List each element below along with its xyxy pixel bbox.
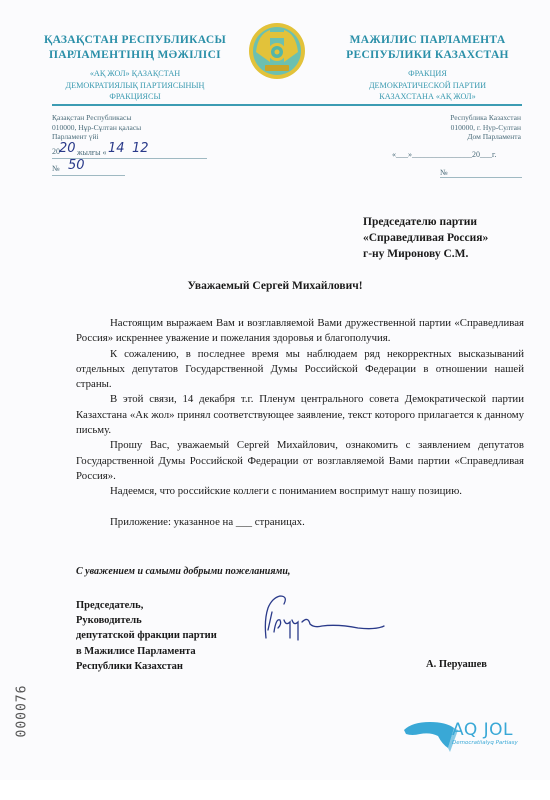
address-left-line-1: Қазақстан Республикасы (52, 113, 141, 123)
kazakhstan-emblem-icon (248, 22, 306, 80)
address-right-line-3: Дом Парламента (420, 132, 521, 142)
paragraph-4: Прошу Вас, уважаемый Сергей Михайлович, … (76, 438, 524, 484)
paragraph-2: К сожалению, в последнее время мы наблюд… (76, 347, 524, 393)
incoming-number-field: № (440, 168, 522, 178)
address-right-line-2: 010000, г. Нур-Султан (420, 123, 521, 133)
signer-title-line-5: Республики Казахстан (76, 659, 217, 674)
handwritten-number: 50 (68, 158, 85, 173)
aq-jol-logo: AQ JOL Democratiialyq Partiasy (402, 718, 532, 763)
addressee-line-3: г-ну Миронову С.М. (363, 246, 488, 262)
paragraph-5: Надеемся, что российские коллеги с поним… (76, 484, 524, 499)
header-left-sub-1: «АҚ ЖОЛ» ҚАЗАҚСТАН (40, 68, 230, 80)
header-right-subtitle: ФРАКЦИЯ ДЕМОКРАТИЧЕСКОЙ ПАРТИИ КАЗАХСТАН… (335, 68, 520, 103)
header-left-title-2: ПАРЛАМЕНТІНІҢ МӘЖІЛІСІ (40, 48, 230, 63)
addressee-line-1: Председателю партии (363, 214, 488, 230)
handwritten-signature (258, 590, 388, 645)
logo-subtitle: Democratiialyq Partiasy (452, 740, 518, 746)
header-left-sub-3: ФРАКЦИЯСЫ (40, 91, 230, 103)
incoming-date-field: «___»_______________20___г. (392, 150, 522, 159)
address-right-line-1: Республика Казахстан (420, 113, 521, 123)
signer-title-line-4: в Мажилисе Парламента (76, 644, 217, 659)
address-left: Қазақстан Республикасы 010000, Нұр-Сұлта… (52, 113, 141, 142)
number-label: № (52, 164, 60, 173)
header-left-title-1: ҚАЗАҚСТАН РЕСПУБЛИКАСЫ (40, 33, 230, 48)
handwritten-month: 12 (132, 141, 149, 156)
letter-page: ҚАЗАҚСТАН РЕСПУБЛИКАСЫ ПАРЛАМЕНТІНІҢ МӘЖ… (0, 0, 550, 780)
paragraph-1: Настоящим выражаем Вам и возглавляемой В… (76, 316, 524, 347)
header-divider (52, 104, 522, 106)
header-right-sub-3: КАЗАХСТАНА «АҚ ЖОЛ» (335, 91, 520, 103)
closing-phrase: С уважением и самыми добрыми пожеланиями… (76, 566, 290, 577)
outgoing-number-field: № 50 (52, 164, 125, 176)
serial-number-stamp: 000076 (15, 698, 30, 738)
salutation: Уважаемый Сергей Михайлович! (0, 280, 550, 292)
signer-title-line-2: Руководитель (76, 613, 217, 628)
signer-title-line-3: депутатской фракции партии (76, 628, 217, 643)
number-label-right: № (440, 168, 448, 177)
date-label: жылғы « (77, 148, 107, 157)
address-right: Республика Казахстан 010000, г. Нур-Султ… (420, 113, 521, 142)
paragraph-3: В этой связи, 14 декабря т.г. Пленум цен… (76, 392, 524, 438)
logo-wordmark: AQ JOL (452, 720, 513, 740)
header-right-title-2: РЕСПУБЛИКИ КАЗАХСТАН (335, 48, 520, 63)
address-left-line-2: 010000, Нұр-Сұлтан қаласы (52, 123, 141, 133)
header-left-kazakh: ҚАЗАҚСТАН РЕСПУБЛИКАСЫ ПАРЛАМЕНТІНІҢ МӘЖ… (40, 33, 230, 103)
signer-name: А. Перуашев (426, 659, 487, 670)
header-right-sub-1: ФРАКЦИЯ (335, 68, 520, 80)
attachment-note: Приложение: указанное на ___ страницах. (76, 515, 524, 530)
letter-body: Настоящим выражаем Вам и возглавляемой В… (76, 316, 524, 530)
signer-title: Председатель, Руководитель депутатской ф… (76, 598, 217, 674)
header-right-sub-2: ДЕМОКРАТИЧЕСКОЙ ПАРТИИ (335, 80, 520, 92)
header-left-subtitle: «АҚ ЖОЛ» ҚАЗАҚСТАН ДЕМОКРАТИЯЛЫҚ ПАРТИЯС… (40, 68, 230, 103)
handwritten-year: 20 (59, 141, 76, 156)
handwritten-day: 14 (108, 141, 125, 156)
header-left-sub-2: ДЕМОКРАТИЯЛЫҚ ПАРТИЯСЫНЫҢ (40, 80, 230, 92)
addressee-block: Председателю партии «Справедливая Россия… (363, 214, 488, 262)
header-right-russian: МАЖИЛИС ПАРЛАМЕНТА РЕСПУБЛИКИ КАЗАХСТАН … (335, 33, 520, 103)
header-right-title-1: МАЖИЛИС ПАРЛАМЕНТА (335, 33, 520, 48)
addressee-line-2: «Справедливая Россия» (363, 230, 488, 246)
signer-title-line-1: Председатель, (76, 598, 217, 613)
